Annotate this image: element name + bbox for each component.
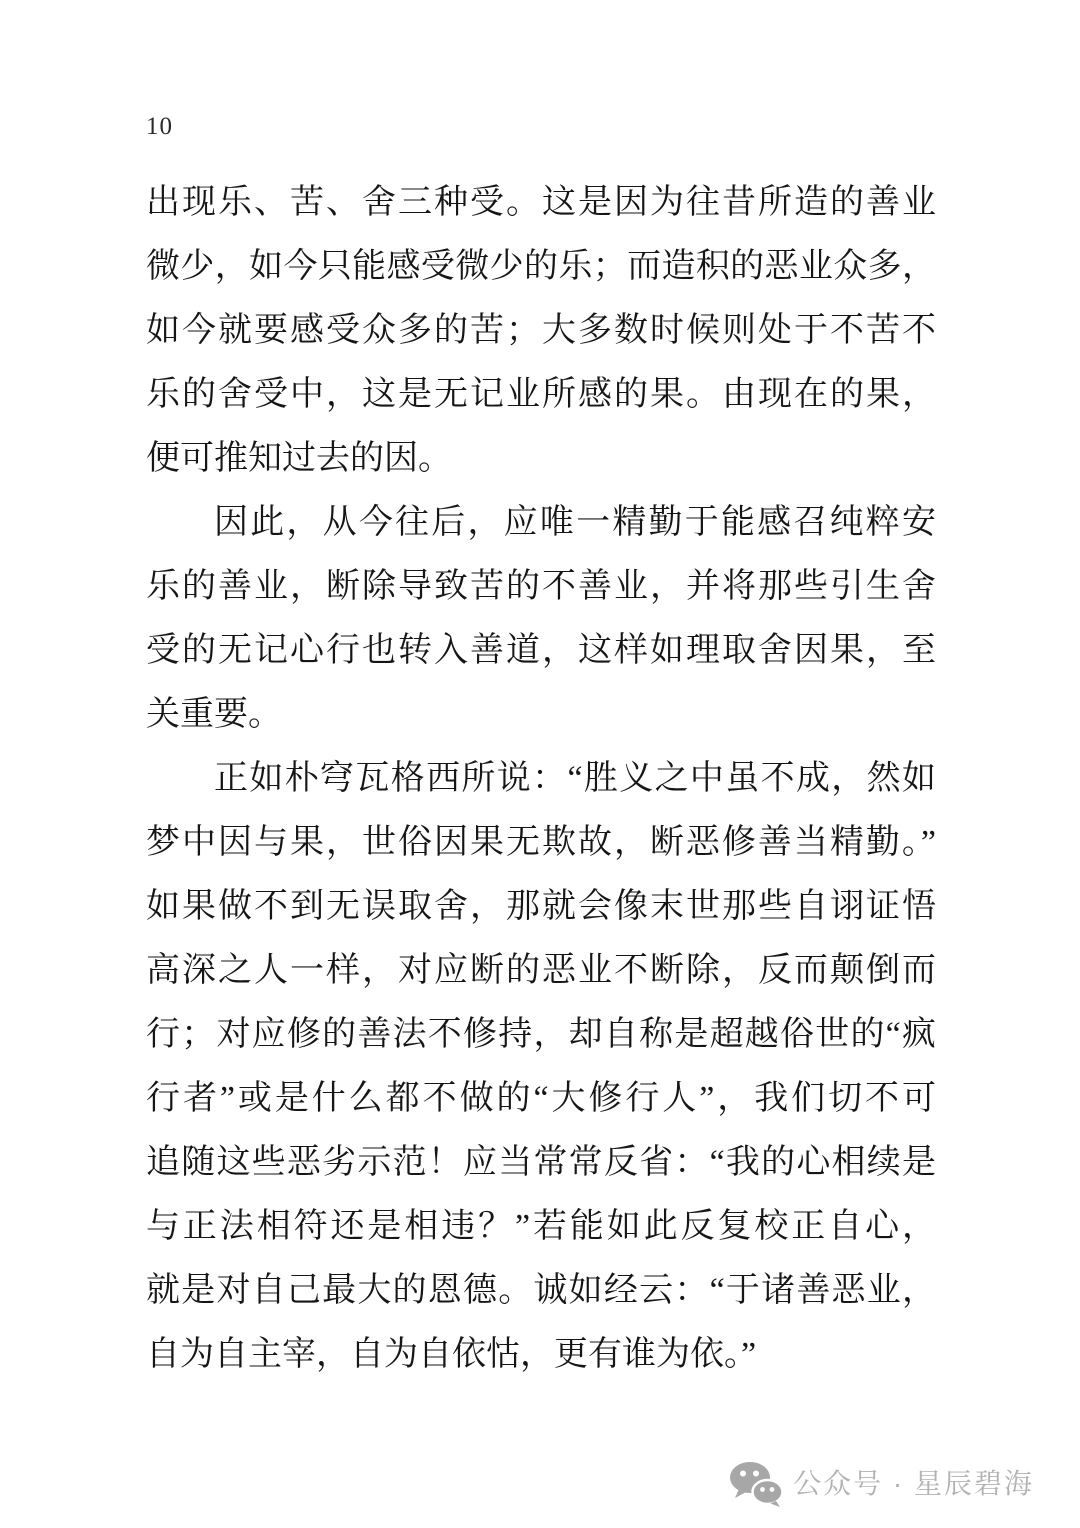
text-line: 乐的善业，断除导致苦的不善业，并将那些引生舍 [146, 555, 936, 619]
text-line: 高深之人一样，对应断的恶业不断除，反而颠倒而 [146, 939, 936, 1003]
page-number: 10 [146, 112, 173, 142]
text-line: 如果做不到无误取舍，那就会像末世那些自诩证悟 [146, 875, 936, 939]
text-line: 正如朴穹瓦格西所说：“胜义之中虽不成，然如 [146, 747, 936, 811]
text-line: 出现乐、苦、舍三种受。这是因为往昔所造的善业 [146, 171, 936, 235]
watermark-label: 公众号 · 星辰碧海 [793, 1460, 1034, 1508]
text-line: 受的无记心行也转入善道，这样如理取舍因果，至 [146, 619, 936, 683]
text-line: 如今就要感受众多的苦；大多数时候则处于不苦不 [146, 299, 936, 363]
watermark: 公众号 · 星辰碧海 [729, 1460, 1034, 1508]
text-line: 便可推知过去的因。 [146, 427, 936, 491]
wechat-icon [729, 1461, 783, 1507]
text-line: 梦中因与果，世俗因果无欺故，断恶修善当精勤。” [146, 811, 936, 875]
text-line: 与正法相符还是相违？”若能如此反复校正自心， [146, 1195, 936, 1259]
text-line: 行；对应修的善法不修持，却自称是超越俗世的“疯 [146, 1003, 936, 1067]
body-text: 出现乐、苦、舍三种受。这是因为往昔所造的善业微少，如今只能感受微少的乐；而造积的… [146, 171, 936, 1387]
text-line: 追随这些恶劣示范！应当常常反省：“我的心相续是 [146, 1131, 936, 1195]
text-line: 微少，如今只能感受微少的乐；而造积的恶业众多， [146, 235, 936, 299]
book-page: 10 出现乐、苦、舍三种受。这是因为往昔所造的善业微少，如今只能感受微少的乐；而… [0, 0, 1080, 1528]
text-line: 就是对自己最大的恩德。诚如经云：“于诸善恶业， [146, 1259, 936, 1323]
text-line: 乐的舍受中，这是无记业所感的果。由现在的果， [146, 363, 936, 427]
text-line: 关重要。 [146, 683, 936, 747]
text-line: 行者”或是什么都不做的“大修行人”，我们切不可 [146, 1067, 936, 1131]
text-line: 自为自主宰，自为自依怙，更有谁为依。” [146, 1323, 936, 1387]
text-line: 因此，从今往后，应唯一精勤于能感召纯粹安 [146, 491, 936, 555]
